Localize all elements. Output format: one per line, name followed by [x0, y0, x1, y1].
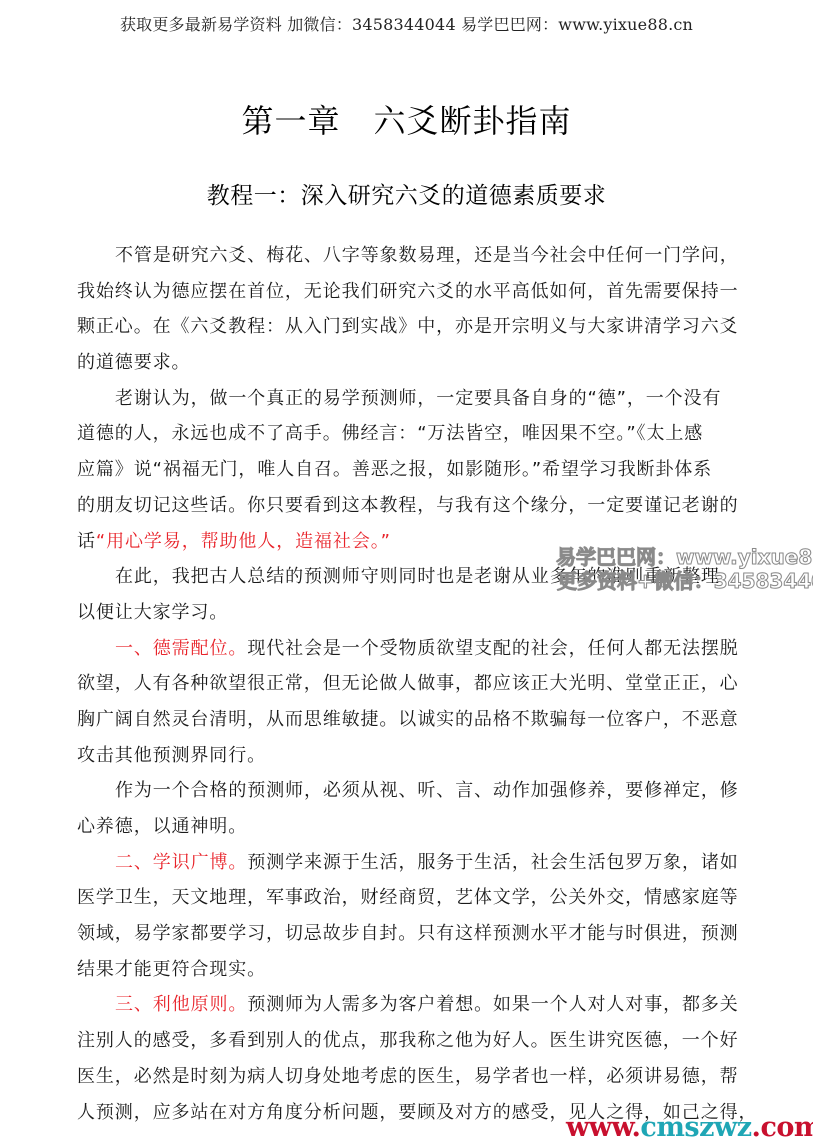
watermark-prefix: www. [566, 1112, 640, 1143]
text-line: 道德的人，永远也成不了高手。佛经言：“万法皆空，唯因果不空。”《太上感 [77, 416, 717, 452]
text-line: 医生，必然是时刻为病人切身处地考虑的医生，易学者也一样，必须讲易德，帮 [77, 1059, 717, 1095]
text-line: 胸广阔自然灵台清明，从而思维敏捷。以诚实的品格不欺骗每一位客户，不恶意 [77, 702, 717, 738]
text-line: 不管是研究六爻、梅花、八字等象数易理，还是当今社会中任何一门学问， [77, 238, 717, 274]
text-line: 医学卫生，天文地理，军事政治，财经商贸，艺体文学，公关外交，情感家庭等 [77, 880, 717, 916]
site-watermark: 易学巴巴网：www.yixue88.cn 更多资料+微信：3458344044 [556, 545, 813, 593]
text-line: 应篇》说“祸福无门，唯人自召。善恶之报，如影随形。”希望学习我断卦体系 [77, 452, 717, 488]
text-line: 攻击其他预测界同行。 [77, 738, 717, 774]
principle-paragraph: 一、德需配位。现代社会是一个受物质欲望支配的社会，任何人都无法摆脱 欲望，人有各… [77, 631, 717, 774]
watermark-suffix: .com [752, 1112, 813, 1143]
text-line: 作为一个合格的预测师，必须从视、听、言、动作加强修养，要修禅定，修 [77, 773, 717, 809]
text-line: 老谢认为，做一个真正的易学预测师，一定要具备自身的“德”，一个没有 [77, 381, 717, 417]
text-line: 的道德要求。 [77, 345, 717, 381]
text-line: 以便让大家学习。 [77, 595, 717, 631]
watermark-line: 易学巴巴网：www.yixue88.cn [556, 545, 813, 569]
text-line: 结果才能更符合现实。 [77, 952, 717, 988]
watermark-line: 更多资料+微信：3458344044 [557, 569, 813, 593]
paragraph: 作为一个合格的预测师，必须从视、听、言、动作加强修养，要修禅定，修 心养德，以通… [77, 773, 717, 844]
chapter-title: 第一章 六爻断卦指南 [0, 96, 813, 142]
principle-heading: 二、学识广博。 [115, 852, 247, 873]
document-body: 不管是研究六爻、梅花、八字等象数易理，还是当今社会中任何一门学问， 我始终认为德… [77, 238, 717, 1130]
motto-highlight: “用心学易，帮助他人，造福社会。” [96, 531, 391, 552]
paragraph: 不管是研究六爻、梅花、八字等象数易理，还是当今社会中任何一门学问， 我始终认为德… [77, 238, 717, 381]
text-line: 欲望，人有各种欲望很正常，但无论做人做事，都应该正大光明、堂堂正正，心 [77, 666, 717, 702]
section-title: 教程一：深入研究六爻的道德素质要求 [0, 177, 813, 210]
principle-paragraph: 二、学识广博。预测学来源于生活，服务于生活，社会生活包罗万象，诸如 医学卫生，天… [77, 845, 717, 988]
text-line: 的朋友切记这些话。你只要看到这本教程，与我有这个缘分，一定要谨记老谢的 [77, 488, 717, 524]
bottom-watermark: www.cmszwz.com [566, 1113, 813, 1143]
text-line: 颗正心。在《六爻教程：从入门到实战》中，亦是开宗明义与大家讲清学习六爻 [77, 309, 717, 345]
text-line: 三、利他原则。预测师为人需多为客户着想。如果一个人对人对事，都多关 [77, 987, 717, 1023]
principle-paragraph: 三、利他原则。预测师为人需多为客户着想。如果一个人对人对事，都多关 注别人的感受… [77, 987, 717, 1130]
text-line: 一、德需配位。现代社会是一个受物质欲望支配的社会，任何人都无法摆脱 [77, 631, 717, 667]
principle-heading: 三、利他原则。 [115, 994, 247, 1015]
principle-heading: 一、德需配位。 [115, 638, 247, 659]
text-fragment: 预测师为人需多为客户着想。如果一个人对人对事，都多关 [247, 994, 738, 1015]
text-fragment: 话 [77, 531, 96, 552]
text-line: 领域，易学家都要学习，切忌故步自封。只有这样预测水平才能与时俱进，预测 [77, 916, 717, 952]
text-line: 注别人的感受，多看到别人的优点，那我称之他为好人。医生讲究医德，一个好 [77, 1023, 717, 1059]
header-banner: 获取更多最新易学资料 加微信：3458344044 易学巴巴网：www.yixu… [0, 12, 813, 35]
text-line: 二、学识广博。预测学来源于生活，服务于生活，社会生活包罗万象，诸如 [77, 845, 717, 881]
text-fragment: 预测学来源于生活，服务于生活，社会生活包罗万象，诸如 [247, 852, 738, 873]
text-line: 心养德，以通神明。 [77, 809, 717, 845]
watermark-domain: cmszwz [640, 1112, 751, 1143]
text-line: 我始终认为德应摆在首位，无论我们研究六爻的水平高低如何，首先需要保持一 [77, 274, 717, 310]
text-fragment: 现代社会是一个受物质欲望支配的社会，任何人都无法摆脱 [247, 638, 738, 659]
paragraph: 老谢认为，做一个真正的易学预测师，一定要具备自身的“德”，一个没有 道德的人，永… [77, 381, 717, 559]
